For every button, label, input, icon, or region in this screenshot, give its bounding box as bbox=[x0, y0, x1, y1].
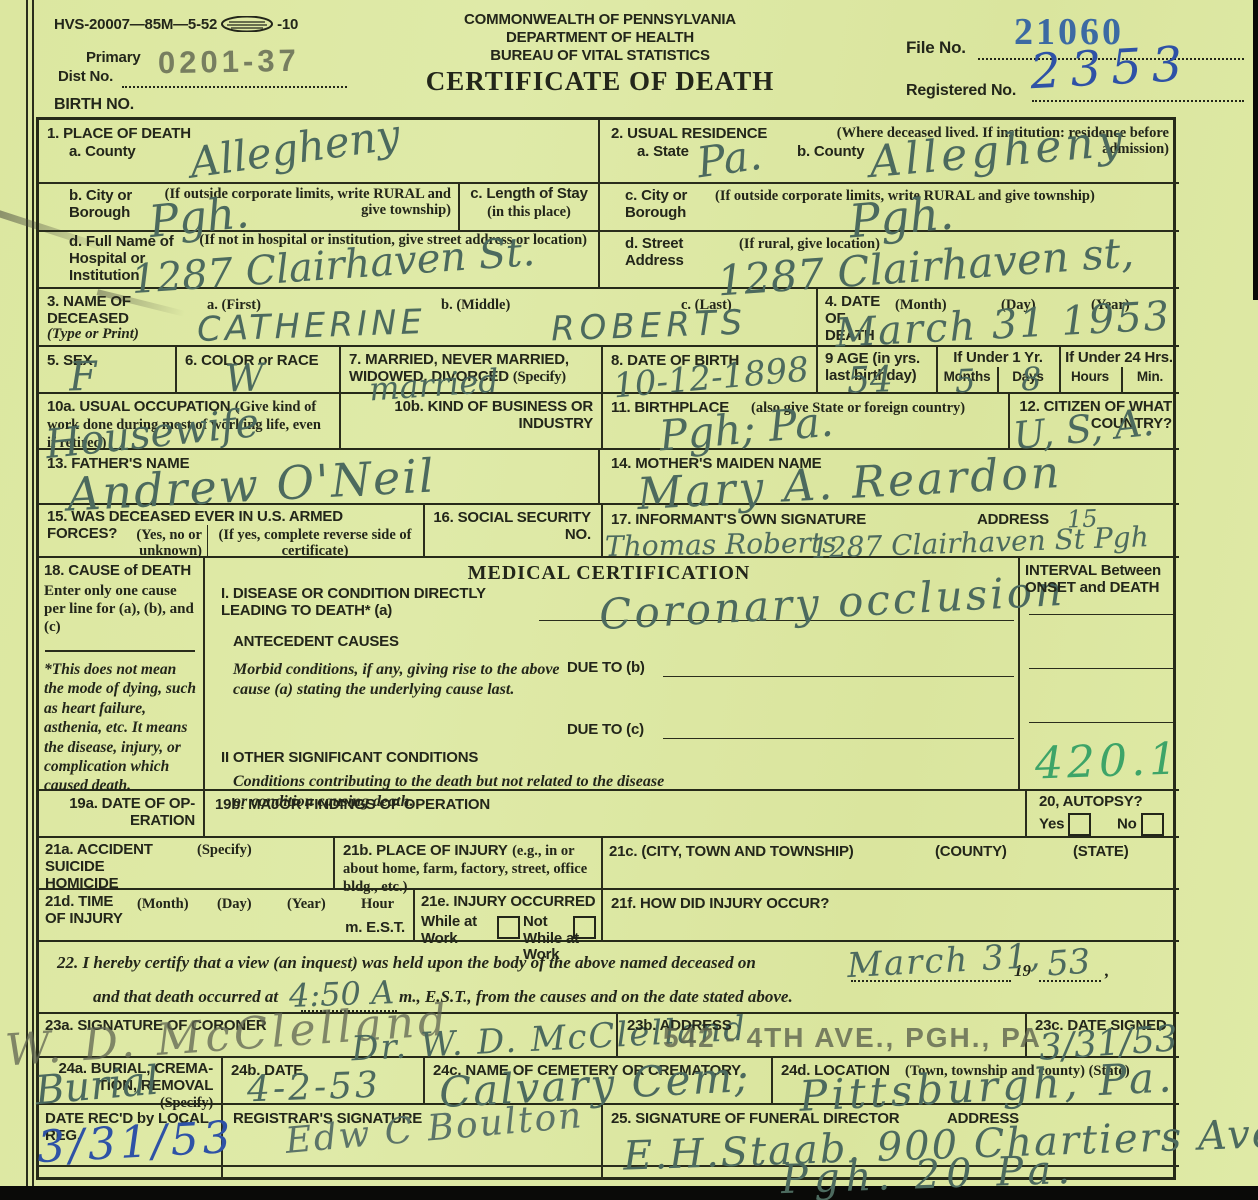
divider bbox=[601, 394, 603, 450]
certify-text-2: and that death occurred at bbox=[93, 986, 278, 1007]
divider bbox=[816, 347, 818, 394]
accident-note: (Specify) bbox=[197, 842, 252, 858]
row-coroner: 23a. SIGNATURE OF CORONER W. D. McClella… bbox=[39, 1014, 1179, 1058]
cause-footnote: *This does not mean the mode of dying, s… bbox=[44, 660, 198, 796]
birth-no-label: BIRTH NO. bbox=[54, 96, 134, 114]
sex-handwriting: F bbox=[68, 357, 97, 398]
icd-code-handwriting: 420.1 bbox=[1034, 737, 1181, 786]
row-sex-age: 5. SEX F 6. COLOR or RACE W 7. MARRIED, … bbox=[39, 347, 1179, 394]
form-code-text: HVS-20007—85M—5-52 bbox=[54, 16, 217, 33]
divider bbox=[339, 394, 341, 450]
birthplace-handwriting: Pgh; Pa. bbox=[658, 400, 835, 457]
days-handwriting: 8 bbox=[1020, 363, 1041, 396]
burial-handwriting: Burial bbox=[33, 1061, 160, 1112]
how-injury-label: 21f. HOW DID INJURY OCCUR? bbox=[611, 896, 829, 913]
color-race-handwriting: W bbox=[224, 358, 264, 397]
ssn-label: 16. SOCIAL SECURITY NO. bbox=[431, 510, 591, 544]
funeral-director-handwriting-2: Pgh. 20 Pa. bbox=[780, 1150, 1076, 1200]
rule bbox=[663, 738, 1014, 739]
primary-label: Primary bbox=[86, 50, 140, 67]
registered-no-handwriting: 2353 bbox=[1029, 40, 1193, 96]
disease-label: I. DISEASE OR CONDITION DIRECTLY LEADING… bbox=[221, 586, 521, 620]
row-medical-certification: 18. CAUSE of DEATH Enter only one cause … bbox=[39, 558, 1179, 791]
row-place-residence: 1. PLACE OF DEATH a. County Allegheny b.… bbox=[39, 120, 1179, 289]
months-handwriting: 5 bbox=[954, 365, 975, 398]
injury-year-label: (Year) bbox=[287, 896, 326, 912]
autopsy-no: No bbox=[1117, 813, 1164, 836]
header-center: COMMONWEALTH OF PENNSYLVANIA DEPARTMENT … bbox=[310, 12, 890, 97]
business-label: 10b. KIND OF BUSINESS OR INDUSTRY bbox=[347, 399, 593, 433]
time-of-injury-label: 21d. TIME OF INJURY bbox=[45, 894, 125, 928]
autopsy-yes-label: Yes bbox=[1039, 815, 1064, 832]
binding-rule-outer bbox=[26, 0, 28, 1186]
antecedent-label: ANTECEDENT CAUSES bbox=[233, 634, 399, 651]
disease-a-label: (a) bbox=[374, 602, 392, 619]
morbid-text: Morbid conditions, if any, giving rise t… bbox=[233, 660, 563, 700]
hours-label: Hours bbox=[1061, 369, 1119, 384]
certify-comma: , bbox=[1105, 960, 1109, 981]
injury-occurred-label: 21e. INJURY OCCURRED bbox=[421, 894, 595, 911]
divider bbox=[601, 505, 603, 558]
row-injury-place: 21a. ACCIDENT SUICIDE HOMICIDE (Specify)… bbox=[39, 838, 1179, 890]
burial-date-handwriting: 4-2-53 bbox=[246, 1068, 381, 1109]
coroner-address-stamp: 542 - 4TH AVE., PGH., PA bbox=[663, 1022, 1042, 1054]
accident-label: 21a. ACCIDENT SUICIDE HOMICIDE bbox=[45, 842, 175, 892]
divider bbox=[601, 347, 603, 394]
commonwealth-line: COMMONWEALTH OF PENNSYLVANIA bbox=[310, 12, 890, 29]
armed-forces-note1: (Yes, no or unknown) bbox=[77, 527, 202, 559]
type-or-print-note: (Type or Print) bbox=[47, 325, 139, 344]
residence-county-label: b. County bbox=[797, 144, 864, 161]
injury-month-label: (Month) bbox=[137, 896, 189, 912]
registered-no-ruled-line bbox=[1032, 100, 1244, 102]
informant-signature-handwriting: Thomas Roberts bbox=[605, 529, 837, 561]
divider bbox=[1025, 791, 1027, 838]
divider bbox=[203, 558, 205, 791]
row-burial: 24a. BURIAL, CREMA- TION, REMOVAL (Speci… bbox=[39, 1058, 1179, 1105]
autopsy-no-checkbox bbox=[1141, 813, 1164, 836]
middle-name-label: b. (Middle) bbox=[441, 297, 510, 313]
divider bbox=[221, 1058, 223, 1105]
row-name-dod: 3. NAME OF DECEASED (Type or Print) a. (… bbox=[39, 289, 1179, 347]
certificate-title: CERTIFICATE OF DEATH bbox=[310, 66, 890, 97]
divider bbox=[458, 182, 460, 230]
length-of-stay-label: c. Length of Stay bbox=[463, 186, 595, 203]
last-name-handwriting: ROBERTS bbox=[550, 306, 747, 347]
certificate-form: 1. PLACE OF DEATH a. County Allegheny b.… bbox=[36, 117, 1176, 1180]
form-code-suffix: -10 bbox=[277, 16, 298, 33]
divider bbox=[1008, 394, 1010, 450]
autopsy-yes-checkbox bbox=[1068, 813, 1091, 836]
divider bbox=[423, 1058, 425, 1105]
divider bbox=[339, 347, 341, 394]
divider bbox=[816, 289, 818, 347]
under-24hr-label: If Under 24 Hrs. bbox=[1061, 350, 1177, 367]
date-recd-handwriting: 3/31/53 bbox=[36, 1116, 236, 1170]
rule bbox=[45, 650, 195, 652]
cause-instruction: Enter only one cause per line for (a), (… bbox=[44, 582, 196, 636]
union-label-icon bbox=[221, 16, 273, 32]
operation-findings-label: 19b. MAJOR FINDINGS OF OPERATION bbox=[215, 797, 490, 814]
scanned-death-certificate: { "colors": { "paper": "#dde8a2", "print… bbox=[0, 0, 1258, 1200]
armed-forces-note2: (If yes, complete reverse side of certif… bbox=[215, 527, 415, 559]
file-no-label: File No. bbox=[906, 38, 966, 57]
injury-city-label: 21c. (CITY, TOWN AND TOWNSHIP) bbox=[609, 844, 854, 861]
divider bbox=[175, 347, 177, 394]
residence-state-handwriting: Pa. bbox=[694, 134, 764, 185]
divider bbox=[601, 1105, 603, 1180]
registered-no-label: Registered No. bbox=[906, 82, 1016, 100]
injury-day-label: (Day) bbox=[217, 896, 252, 912]
rule bbox=[1029, 614, 1173, 615]
place-of-injury-block: 21b. PLACE OF INJURY (e.g., in or about … bbox=[343, 842, 593, 896]
dist-no-stamp: 0201-37 bbox=[158, 43, 300, 81]
row-operation-autopsy: 19a. DATE OF OP- ERATION 19b. MAJOR FIND… bbox=[39, 791, 1179, 838]
street-label: d. Street Address bbox=[625, 236, 715, 270]
residence-city-label: c. City or Borough bbox=[625, 188, 705, 222]
min-label: Min. bbox=[1123, 369, 1177, 384]
rule bbox=[1029, 668, 1173, 669]
operation-date-label: 19a. DATE OF OP- ERATION bbox=[45, 796, 195, 830]
place-of-death-title: 1. PLACE OF DEATH bbox=[47, 126, 191, 143]
row-injury-time: 21d. TIME OF INJURY (Month) (Day) (Year)… bbox=[39, 890, 1179, 942]
divider bbox=[423, 505, 425, 558]
cause-of-death-label: 18. CAUSE of DEATH bbox=[44, 563, 199, 580]
registrar-signature-handwriting: Edw C Boulton bbox=[284, 1098, 585, 1160]
divider bbox=[771, 1058, 773, 1105]
row-certify-statement: 22. I hereby certify that a view (an inq… bbox=[39, 942, 1179, 1014]
certify-date-handwriting: March 31, bbox=[846, 939, 1043, 983]
divider bbox=[598, 120, 600, 289]
injury-county-label: (COUNTY) bbox=[935, 844, 1007, 861]
row-parents: 13. FATHER'S NAME Andrew O'Neil 14. MOTH… bbox=[39, 450, 1179, 505]
binding-rule-inner bbox=[32, 0, 34, 1186]
injury-state-label: (STATE) bbox=[1073, 844, 1129, 861]
injury-est-label: m. E.S.T. bbox=[309, 920, 405, 937]
county-handwriting: Allegheny bbox=[187, 113, 402, 184]
name-of-deceased-title: 3. NAME OF DECEASED bbox=[47, 294, 187, 328]
autopsy-label: 20, AUTOPSY? bbox=[1039, 794, 1142, 811]
informant-address-handwriting: 1287 Clairhaven St Pgh bbox=[811, 523, 1150, 563]
divider bbox=[333, 838, 335, 890]
autopsy-no-label: No bbox=[1117, 815, 1137, 832]
certify-year-handwriting: 53 bbox=[1046, 945, 1092, 982]
divider bbox=[598, 450, 600, 505]
interval-label: INTERVAL Between ONSET and DEATH bbox=[1025, 563, 1175, 597]
divider bbox=[601, 890, 603, 942]
length-of-stay-note: (in this place) bbox=[463, 204, 595, 220]
bureau-line: BUREAU OF VITAL STATISTICS bbox=[310, 48, 890, 65]
row-occupation-birthplace: 10a. USUAL OCCUPATION (Give kind of work… bbox=[39, 394, 1179, 450]
row-registrar-funeral: DATE REC'D by LOCAL REG. 3/31/53 REGISTR… bbox=[39, 1105, 1179, 1180]
form-code: HVS-20007—85M—5-52 -10 bbox=[54, 16, 298, 34]
due-to-b-label: DUE TO (b) bbox=[567, 660, 645, 677]
rule bbox=[663, 676, 1014, 677]
place-of-injury-label: 21b. PLACE OF INJURY bbox=[343, 842, 508, 859]
residence-state-label: a. State bbox=[637, 144, 689, 161]
marital-note: (Specify) bbox=[513, 369, 566, 385]
photo-edge-right bbox=[1253, 0, 1258, 300]
city-label: b. City or Borough bbox=[69, 188, 141, 222]
rule bbox=[1029, 722, 1173, 723]
certify-text-1: 22. I hereby certify that a view (an inq… bbox=[57, 952, 756, 973]
divider bbox=[601, 838, 603, 890]
divider bbox=[413, 890, 415, 942]
injury-hour-label: Hour bbox=[361, 896, 394, 912]
county-label: a. County bbox=[69, 144, 136, 161]
divider bbox=[203, 791, 205, 838]
autopsy-yes: Yes bbox=[1039, 813, 1091, 836]
other-conditions-label: II OTHER SIGNIFICANT CONDITIONS bbox=[221, 750, 478, 767]
first-name-handwriting: CATHERINE bbox=[196, 305, 426, 347]
dist-no-label: Dist No. bbox=[58, 69, 113, 86]
certify-text-3: m., E.S.T., from the causes and on the d… bbox=[399, 986, 793, 1007]
department-line: DEPARTMENT OF HEALTH bbox=[310, 30, 890, 47]
while-at-work-checkbox bbox=[497, 916, 520, 939]
row-armedforces-informant: 15. WAS DECEASED EVER IN U.S. ARMED FORC… bbox=[39, 505, 1179, 558]
disease-label-text: I. DISEASE OR CONDITION DIRECTLY LEADING… bbox=[221, 585, 485, 619]
due-to-c-label: DUE TO (c) bbox=[567, 722, 644, 739]
not-while-at-work-checkbox bbox=[573, 916, 596, 939]
